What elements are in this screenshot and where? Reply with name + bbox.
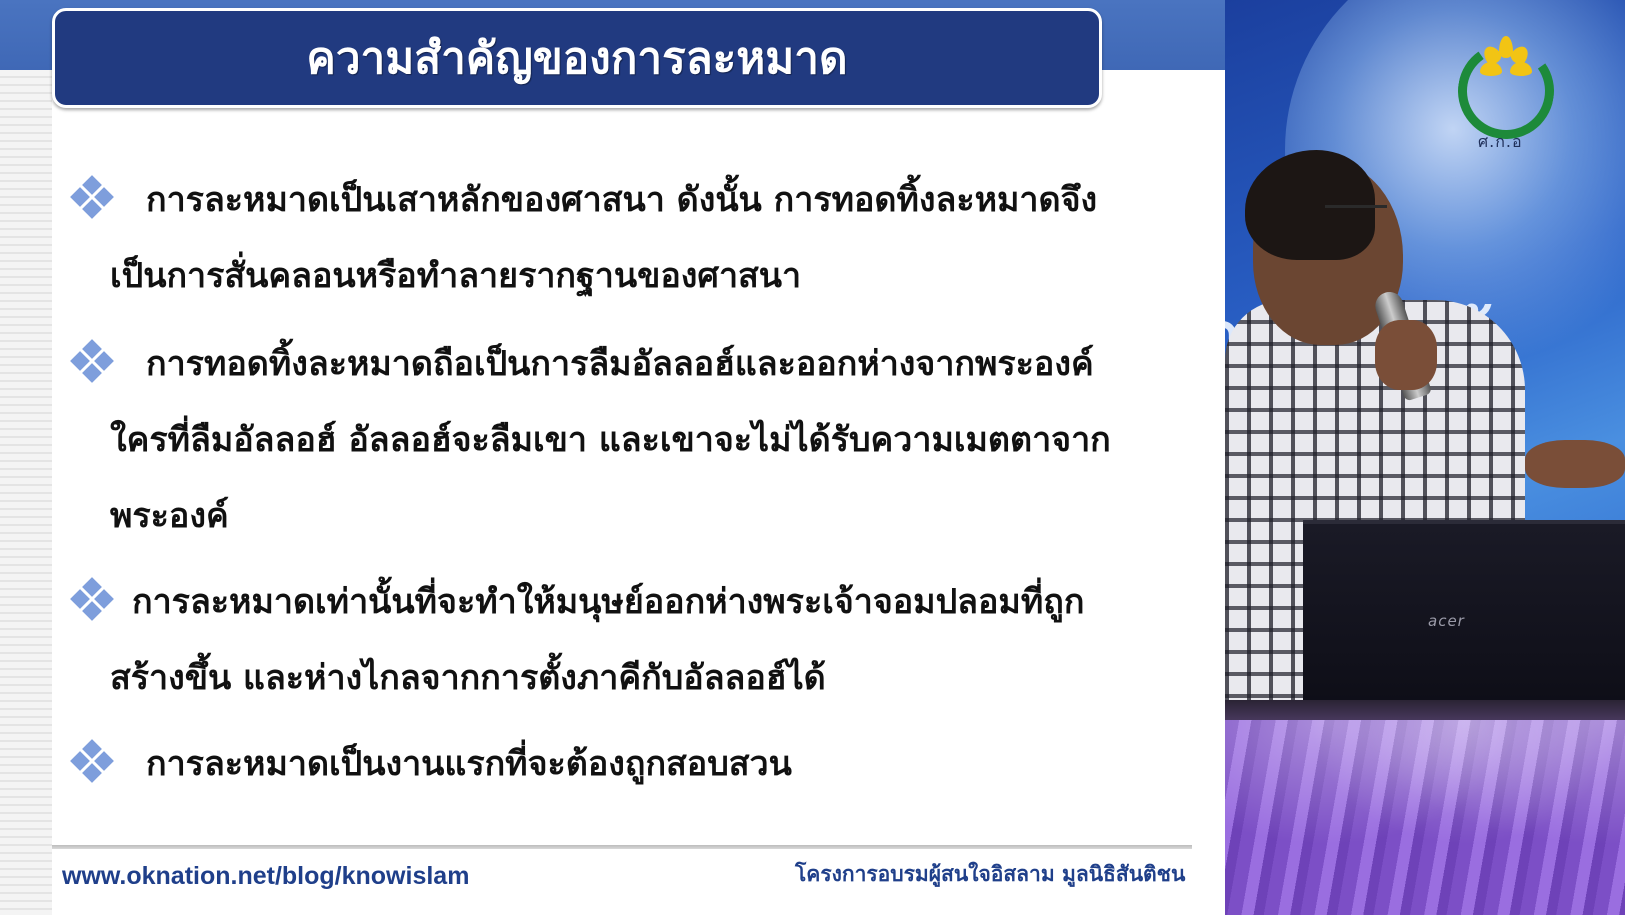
bullet-text-line: ใครที่ลืมอัลลอฮ์ อัลลอฮ์จะลืมเขา และเขาจ… <box>70 402 1180 478</box>
lotus-icon <box>1480 36 1532 86</box>
organization-logo: ศ.ก.อ <box>1450 18 1560 153</box>
speaker-hand <box>1525 440 1625 488</box>
bullet-item: การละหมาดเป็นเสาหลักของศาสนา ดังนั้น การ… <box>70 162 1180 314</box>
bullet-text-line: การละหมาดเป็นเสาหลักของศาสนา ดังนั้น การ… <box>70 162 1180 238</box>
bullet-text-line: การทอดทิ้งละหมาดถือเป็นการลืมอัลลอฮ์และอ… <box>70 326 1180 402</box>
four-diamond-bullet-icon <box>70 578 114 622</box>
presentation-slide: ความสำคัญของการละหมาด การละหมาดเป็นเสาหล… <box>0 0 1225 915</box>
laptop-brand-logo: acer <box>1428 612 1465 630</box>
footer-url: www.oknation.net/blog/knowislam <box>62 862 469 891</box>
bullet-text-line: พระองค์ <box>70 478 1180 554</box>
bullet-list: การละหมาดเป็นเสาหลักของศาสนา ดังนั้น การ… <box>70 162 1180 802</box>
four-diamond-bullet-icon <box>70 176 114 220</box>
bullet-text-line: การละหมาดเท่านั้นที่จะทำให้มนุษย์ออกห่าง… <box>70 564 1180 640</box>
laptop: acer <box>1303 520 1625 720</box>
bullet-item: การละหมาดเท่านั้นที่จะทำให้มนุษย์ออกห่าง… <box>70 564 1180 716</box>
slide-left-stripes <box>0 70 52 915</box>
four-diamond-bullet-icon <box>70 740 114 784</box>
logo-caption: ศ.ก.อ <box>1478 130 1523 155</box>
bullet-item: การทอดทิ้งละหมาดถือเป็นการลืมอัลลอฮ์และอ… <box>70 326 1180 554</box>
slide-title-bar: ความสำคัญของการละหมาด <box>52 8 1102 108</box>
speaker-camera-feed: ารอบรมผู้ ริสัน ศ.ก.อ acer <box>1225 0 1625 915</box>
bullet-text-line: สร้างขึ้น และห่างไกลจากการตั้งภาคีกับอัล… <box>70 640 1180 716</box>
footer-divider <box>52 845 1192 849</box>
table-edge <box>1225 700 1625 722</box>
bullet-text-line: การละหมาดเป็นงานแรกที่จะต้องถูกสอบสวน <box>70 726 1180 802</box>
purple-table-drape <box>1225 720 1625 915</box>
bullet-text-line: เป็นการสั่นคลอนหรือทำลายรากฐานของศาสนา <box>70 238 1180 314</box>
footer-organization: โครงการอบรมผู้สนใจอิสลาม มูลนิธิสันติชน <box>795 858 1185 891</box>
bullet-item: การละหมาดเป็นงานแรกที่จะต้องถูกสอบสวน <box>70 726 1180 802</box>
glasses-icon <box>1325 205 1387 215</box>
slide-title: ความสำคัญของการละหมาด <box>306 23 847 93</box>
four-diamond-bullet-icon <box>70 340 114 384</box>
speaker-hand <box>1375 320 1437 390</box>
